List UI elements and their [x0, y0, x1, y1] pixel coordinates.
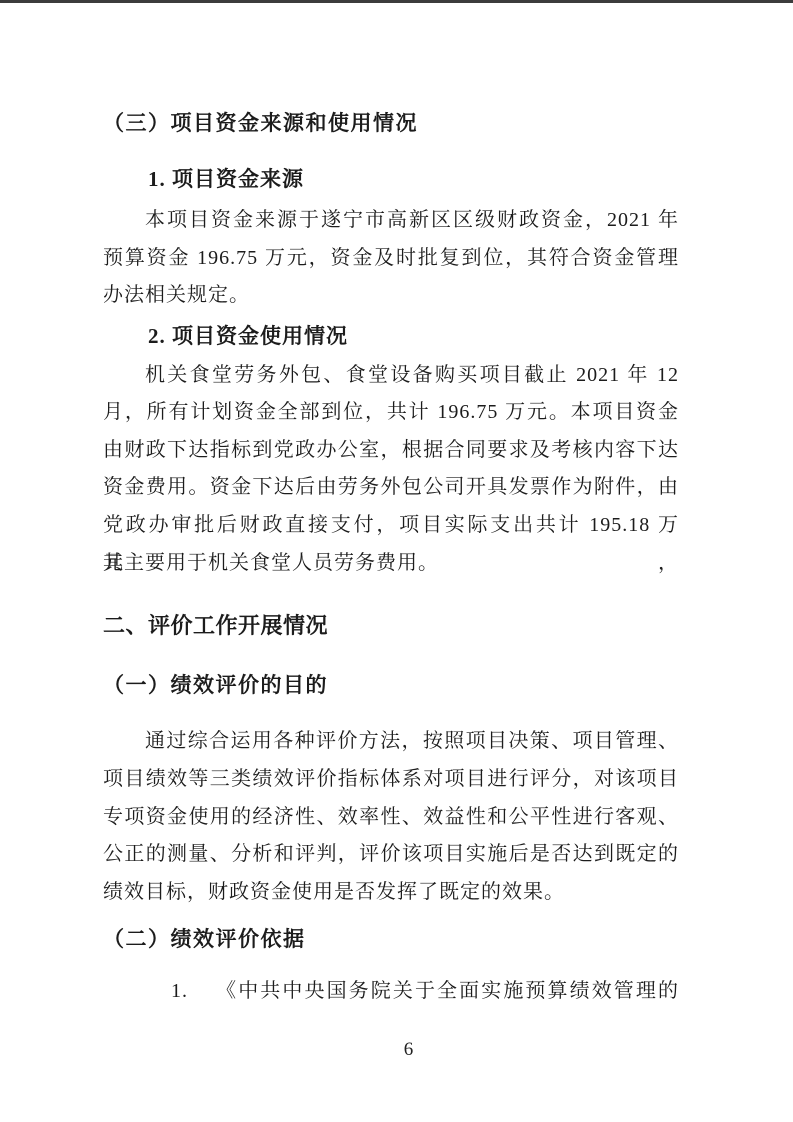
- page-number: 6: [0, 1036, 793, 1064]
- paragraph-line: 资金费用。资金下达后由劳务外包公司开具发票作为附件，由: [103, 469, 679, 507]
- paragraph-line: 公正的测量、分析和评判，评价该项目实施后是否达到既定的: [103, 836, 679, 874]
- heading-sub-b-evaluation-basis: （二）绩效评价依据: [103, 921, 679, 959]
- paragraph-line: 月，所有计划资金全部到位，共计 196.75 万元。本项目资金: [103, 394, 679, 432]
- paragraph-evaluation-purpose: 通过综合运用各种评价方法，按照项目决策、项目管理、 项目绩效等三类绩效评价指标体…: [103, 723, 679, 911]
- paragraph-line: 预算资金 196.75 万元，资金及时批复到位，其符合资金管理: [103, 240, 679, 278]
- paragraph-line: 本项目资金来源于遂宁市高新区区级财政资金，2021 年: [103, 202, 679, 240]
- document-body: （三）项目资金来源和使用情况 1. 项目资金来源 本项目资金来源于遂宁市高新区区…: [103, 0, 679, 1010]
- heading-sub-a-evaluation-purpose: （一）绩效评价的目的: [103, 667, 679, 705]
- ordered-list-item-1: 1.《中共中央国务院关于全面实施预算绩效管理的: [103, 973, 679, 1011]
- paragraph-funding-source: 本项目资金来源于遂宁市高新区区级财政资金，2021 年 预算资金 196.75 …: [103, 202, 679, 315]
- heading-section-3-funding-source-and-usage: （三）项目资金来源和使用情况: [103, 105, 679, 143]
- paragraph-line: 专项资金使用的经济性、效率性、效益性和公平性进行客观、: [103, 799, 679, 837]
- paragraph-line: 党政办审批后财政直接支付，项目实际支出共计 195.18 万元，: [103, 507, 679, 545]
- paragraph-line: 机关食堂劳务外包、食堂设备购买项目截止 2021 年 12: [103, 357, 679, 395]
- list-item-text: 《中共中央国务院关于全面实施预算绩效管理的: [215, 980, 679, 1002]
- paragraph-line: 由财政下达指标到党政办公室，根据合同要求及考核内容下达: [103, 432, 679, 470]
- list-item-number: 1.: [171, 980, 188, 1002]
- heading-sub-1-funding-source: 1. 项目资金来源: [148, 161, 679, 199]
- paragraph-line: 项目绩效等三类绩效评价指标体系对项目进行评分，对该项目: [103, 761, 679, 799]
- paragraph-funding-usage: 机关食堂劳务外包、食堂设备购买项目截止 2021 年 12 月，所有计划资金全部…: [103, 357, 679, 583]
- heading-section-2-evaluation-work: 二、评价工作开展情况: [103, 607, 679, 645]
- heading-sub-2-funding-usage: 2. 项目资金使用情况: [148, 318, 679, 356]
- paragraph-line: 办法相关规定。: [103, 277, 679, 315]
- paragraph-line: 通过综合运用各种评价方法，按照项目决策、项目管理、: [103, 723, 679, 761]
- paragraph-line: 绩效目标，财政资金使用是否发挥了既定的效果。: [103, 874, 679, 912]
